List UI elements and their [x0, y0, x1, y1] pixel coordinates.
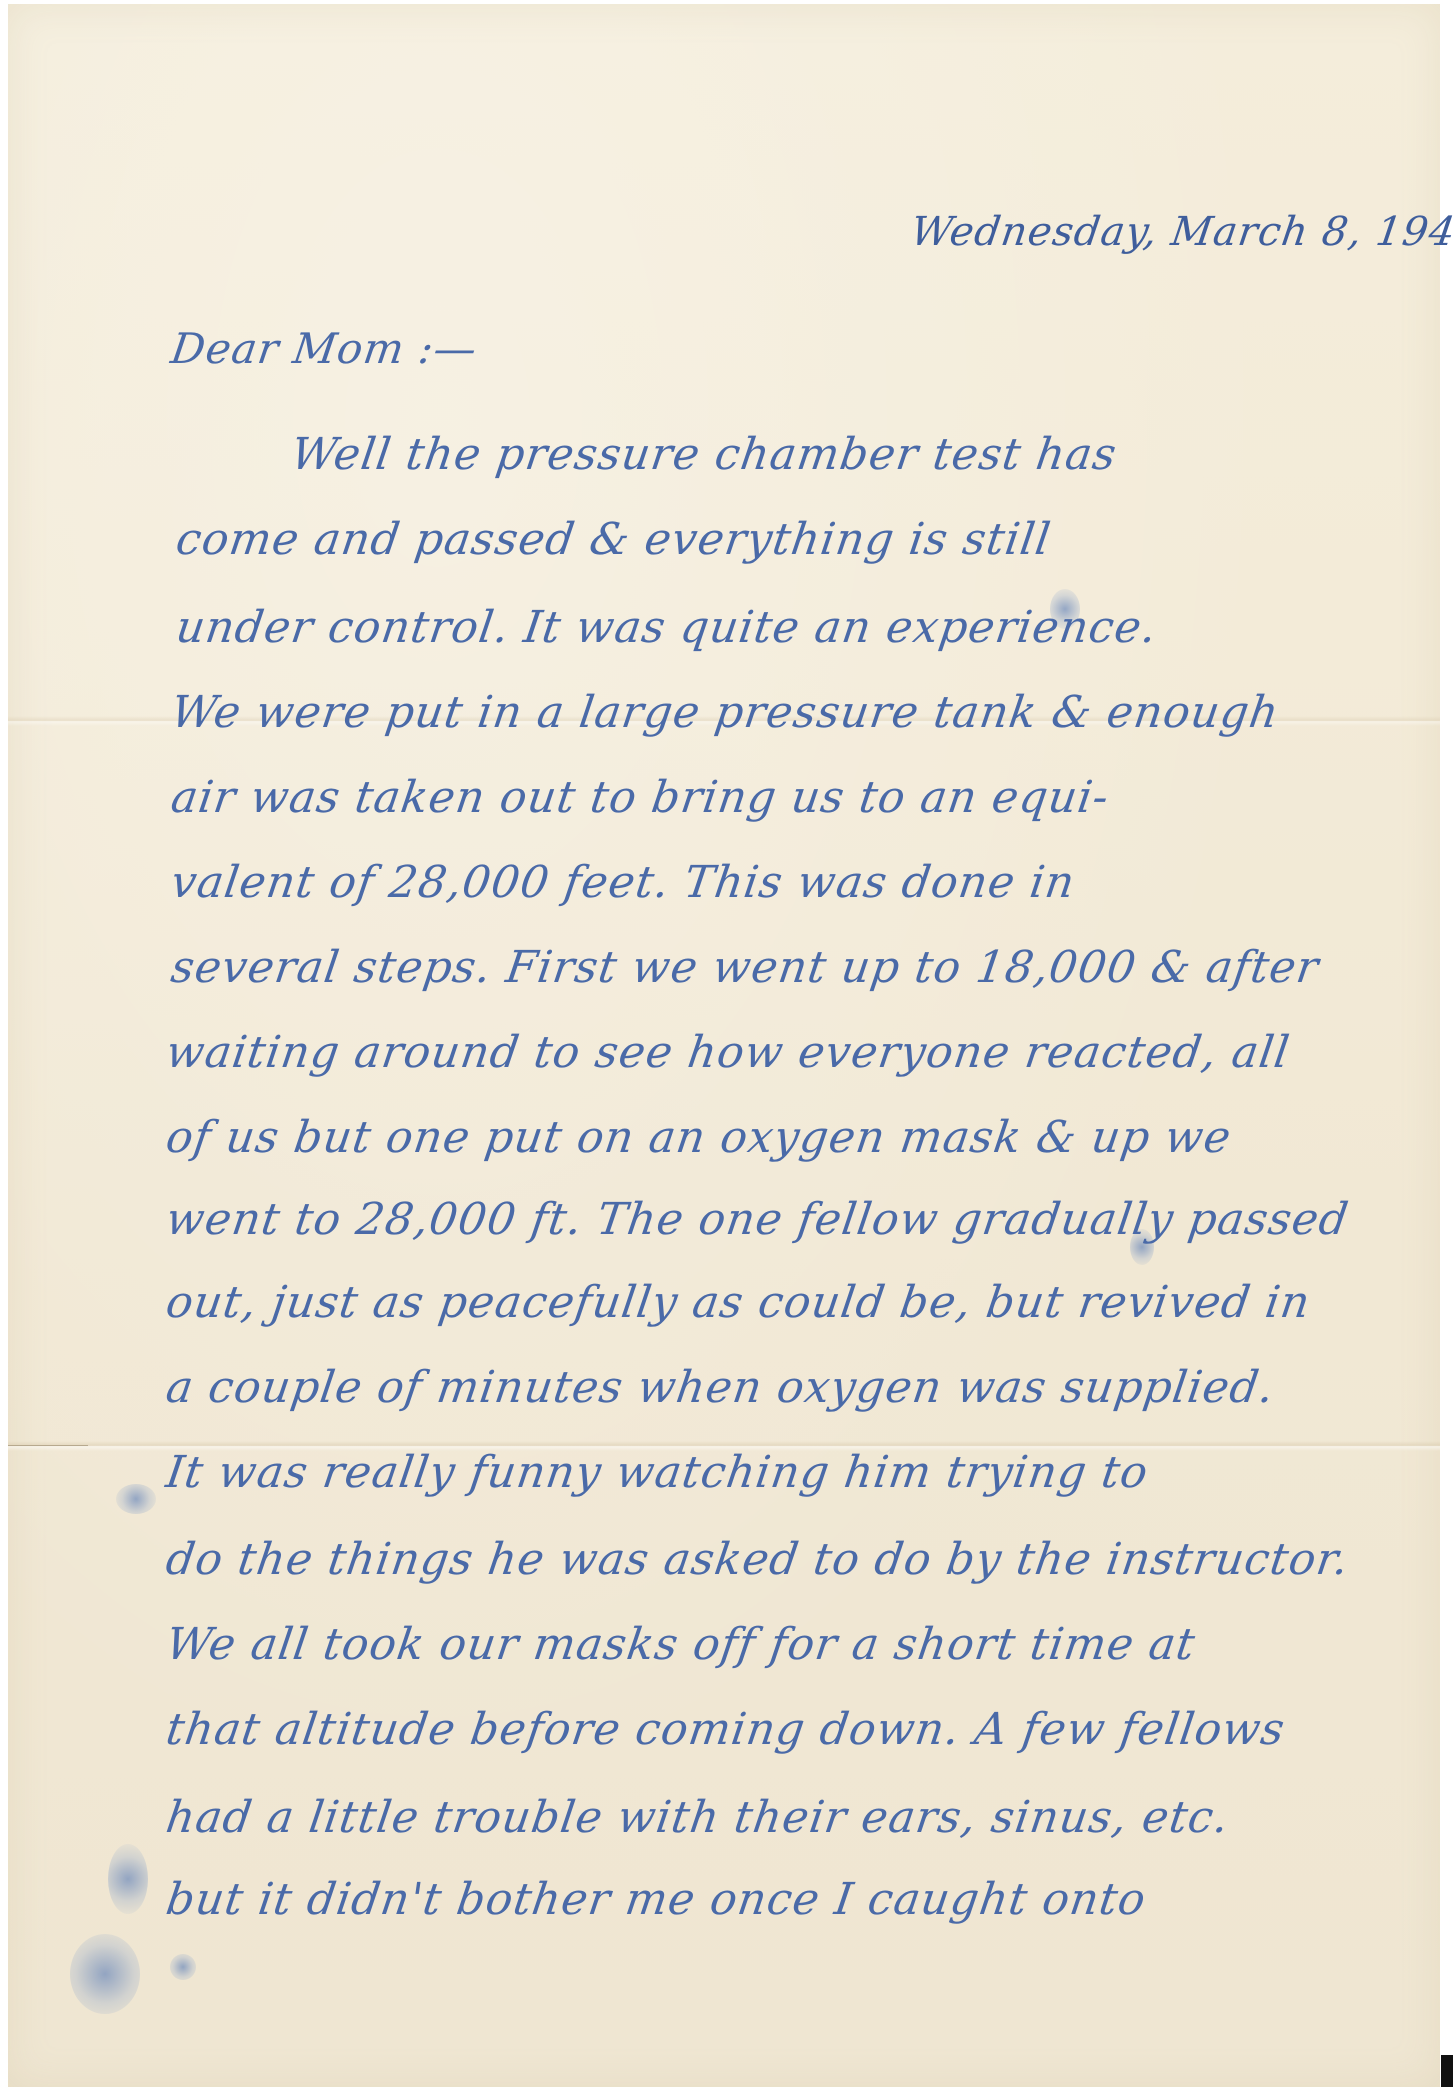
letter-date: Wednesday, March 8, 1944: [908, 209, 1453, 255]
body-line: come and passed & everything is still: [173, 514, 1054, 565]
body-line: valent of 28,000 feet. This was done in: [168, 857, 1078, 908]
handwritten-text: Wednesday, March 8, 1944 Dear Mom :— Wel…: [8, 4, 1440, 2087]
body-line: had a little trouble with their ears, si…: [163, 1792, 1233, 1843]
scan-edge-artifact: [1441, 2055, 1453, 2087]
body-line: a couple of minutes when oxygen was supp…: [163, 1362, 1278, 1413]
body-line: waiting around to see how everyone react…: [163, 1027, 1293, 1078]
body-line: that altitude before coming down. A few …: [163, 1704, 1288, 1755]
body-line: Well the pressure chamber test has: [288, 429, 1120, 480]
body-line: several steps. First we went up to 18,00…: [168, 942, 1322, 993]
body-line: We were put in a large pressure tank & e…: [168, 687, 1282, 738]
body-line: went to 28,000 ft. The one fellow gradua…: [163, 1194, 1352, 1245]
body-line: out, just as peacefully as could be, but…: [163, 1277, 1314, 1328]
body-line: but it didn't bother me once I caught on…: [163, 1874, 1149, 1925]
body-line: do the things he was asked to do by the …: [163, 1534, 1352, 1585]
body-line: It was really funny watching him trying …: [163, 1447, 1152, 1498]
letter-page: Wednesday, March 8, 1944 Dear Mom :— Wel…: [8, 4, 1440, 2087]
letter-salutation: Dear Mom :—: [168, 324, 481, 373]
body-line: air was taken out to bring us to an equi…: [168, 772, 1112, 823]
body-line: of us but one put on an oxygen mask & up…: [163, 1112, 1235, 1163]
body-line: under control. It was quite an experienc…: [173, 602, 1160, 653]
body-line: We all took our masks off for a short ti…: [163, 1619, 1199, 1670]
